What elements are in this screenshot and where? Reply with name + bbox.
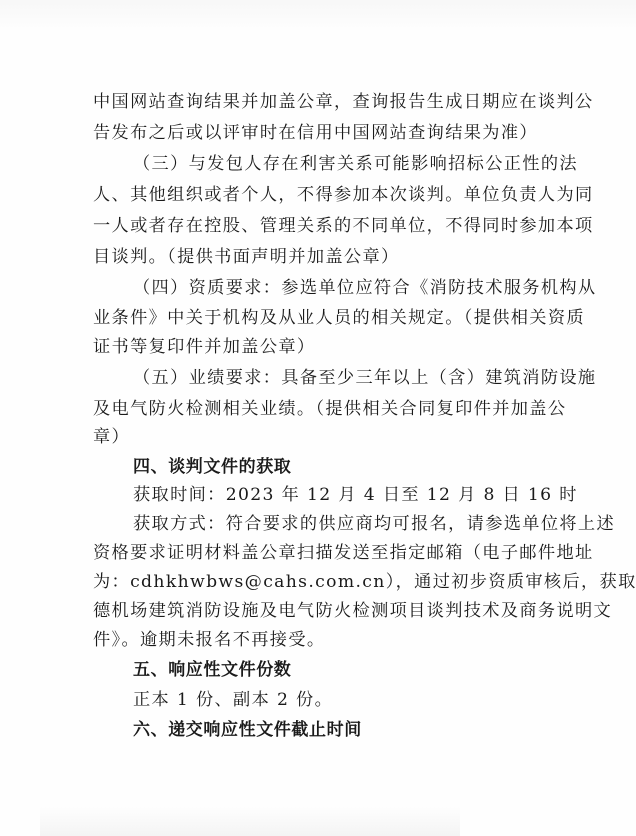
acquisition-time: 获取时间：2023 年 12 月 4 日至 12 月 8 日 16 时 [133, 481, 578, 509]
paragraph-line: 目谈判。（提供书面声明并加盖公章） [93, 243, 400, 271]
paragraph-line: 件》。逾期未报名不再接受。 [93, 626, 325, 654]
scan-shadow-bottom [40, 806, 460, 836]
paragraph-line: （三）与发包人存在利害关系可能影响招标公正性的法 [133, 150, 578, 178]
paragraph-line: 德机场建筑消防设施及电气防火检测项目谈判技术及商务说明文 [93, 597, 612, 625]
paragraph-line: 及电气防火检测相关业绩。（提供相关合同复印件并加盖公 [93, 395, 566, 423]
paragraph-line: 资格要求证明材料盖公章扫描发送至指定邮箱（电子邮件地址 [93, 539, 594, 567]
paragraph-line: 获取方式：符合要求的供应商均可报名，请参选单位将上述 [133, 510, 615, 538]
paragraph-line: 一人或者存在控股、管理关系的不同单位，不得同时参加本项 [93, 212, 594, 240]
paragraph-line: 证书等复印件并加盖公章） [93, 333, 315, 361]
paragraph-line: 中国网站查询结果并加盖公章，查询报告生成日期应在谈判公 [93, 88, 594, 116]
paragraph-line: 章） [93, 423, 130, 451]
copies-count: 正本 1 份、副本 2 份。 [133, 686, 333, 714]
paragraph-line: 人、其他组织或者个人，不得参加本次谈判。单位负责人为同 [93, 181, 594, 209]
section-heading-5: 五、响应性文件份数 [133, 656, 291, 684]
section-heading-6: 六、递交响应性文件截止时间 [133, 716, 362, 744]
scan-shadow-top [0, 0, 636, 30]
section-heading-4: 四、谈判文件的获取 [133, 453, 291, 481]
paragraph-line: （五）业绩要求：具备至少三年以上（含）建筑消防设施 [133, 364, 596, 392]
paragraph-line: （四）资质要求：参选单位应符合《消防技术服务机构从 [133, 274, 596, 302]
paragraph-line-email: 为：cdhkhwbws@cahs.com.cn），通过初步资质审核后，获取《承 [93, 568, 636, 596]
paragraph-line: 业条件》中关于机构及从业人员的相关规定。（提供相关资质 [93, 304, 585, 332]
paragraph-line: 告发布之后或以评审时在信用中国网站查询结果为准） [93, 119, 538, 147]
